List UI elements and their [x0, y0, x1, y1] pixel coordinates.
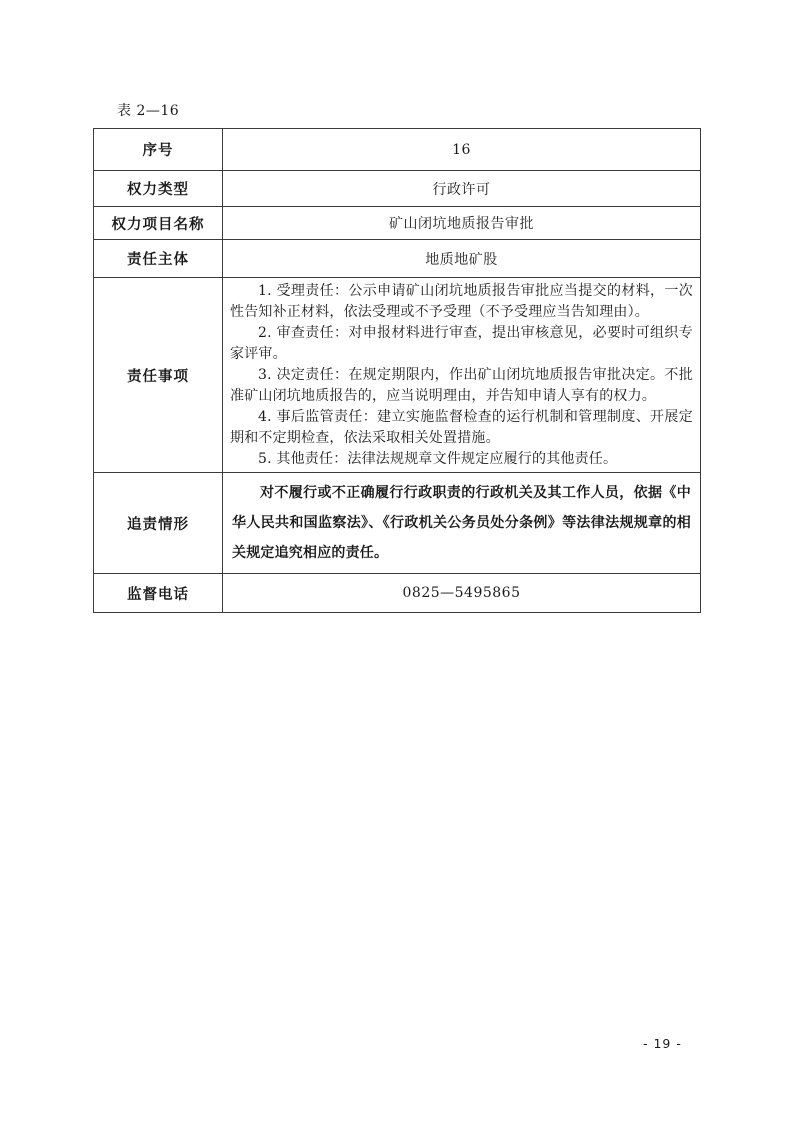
row-header-supervision-phone: 监督电话	[94, 574, 223, 613]
row-value-sequence-number: 16	[223, 129, 701, 171]
power-responsibility-table: 序号 16 权力类型 行政许可 权力项目名称 矿山闭坑地质报告审批 责任主体 地…	[93, 128, 701, 613]
row-header-responsible-entity: 责任主体	[94, 240, 223, 278]
responsibility-item-1: 1. 受理责任：公示申请矿山闭坑地质报告审批应当提交的材料，一次性告知补正材料，…	[230, 281, 693, 323]
table-row-supervision-phone: 监督电话 0825—5495865	[94, 574, 701, 613]
table-caption: 表 2—16	[117, 100, 179, 120]
row-value-accountability-situations: 对不履行或不正确履行行政职责的行政机关及其工作人员，依据《中华人民共和国监察法》…	[223, 473, 701, 574]
row-header-sequence-number: 序号	[94, 129, 223, 171]
row-value-supervision-phone: 0825—5495865	[223, 574, 701, 613]
row-header-responsibility-items: 责任事项	[94, 278, 223, 473]
row-header-power-type: 权力类型	[94, 171, 223, 207]
document-page: 表 2—16 序号 16 权力类型 行政许可 权力项目名称 矿山闭坑地质报告审批…	[0, 0, 793, 1122]
accountability-text: 对不履行或不正确履行行政职责的行政机关及其工作人员，依据《中华人民共和国监察法》…	[232, 478, 691, 568]
table-row-accountability-situations: 追责情形 对不履行或不正确履行行政职责的行政机关及其工作人员，依据《中华人民共和…	[94, 473, 701, 574]
table-row-sequence-number: 序号 16	[94, 129, 701, 171]
table-row-power-item-name: 权力项目名称 矿山闭坑地质报告审批	[94, 207, 701, 240]
page-number: - 19 -	[643, 1036, 682, 1051]
table-row-responsibility-items: 责任事项 1. 受理责任：公示申请矿山闭坑地质报告审批应当提交的材料，一次性告知…	[94, 278, 701, 473]
responsibility-item-3: 3. 决定责任：在规定期限内，作出矿山闭坑地质报告审批决定。不批准矿山闭坑地质报…	[230, 365, 693, 407]
row-header-power-item-name: 权力项目名称	[94, 207, 223, 240]
row-value-responsible-entity: 地质地矿股	[223, 240, 701, 278]
row-header-accountability-situations: 追责情形	[94, 473, 223, 574]
row-value-power-type: 行政许可	[223, 171, 701, 207]
responsibility-item-4: 4. 事后监管责任：建立实施监督检查的运行机制和管理制度、开展定期和不定期检查，…	[230, 407, 693, 449]
responsibility-item-2: 2. 审查责任：对申报材料进行审查，提出审核意见，必要时可组织专家评审。	[230, 323, 693, 365]
responsibility-item-5: 5. 其他责任：法律法规规章文件规定应履行的其他责任。	[230, 449, 693, 470]
row-value-power-item-name: 矿山闭坑地质报告审批	[223, 207, 701, 240]
row-value-responsibility-items: 1. 受理责任：公示申请矿山闭坑地质报告审批应当提交的材料，一次性告知补正材料，…	[223, 278, 701, 473]
table-row-responsible-entity: 责任主体 地质地矿股	[94, 240, 701, 278]
table-row-power-type: 权力类型 行政许可	[94, 171, 701, 207]
